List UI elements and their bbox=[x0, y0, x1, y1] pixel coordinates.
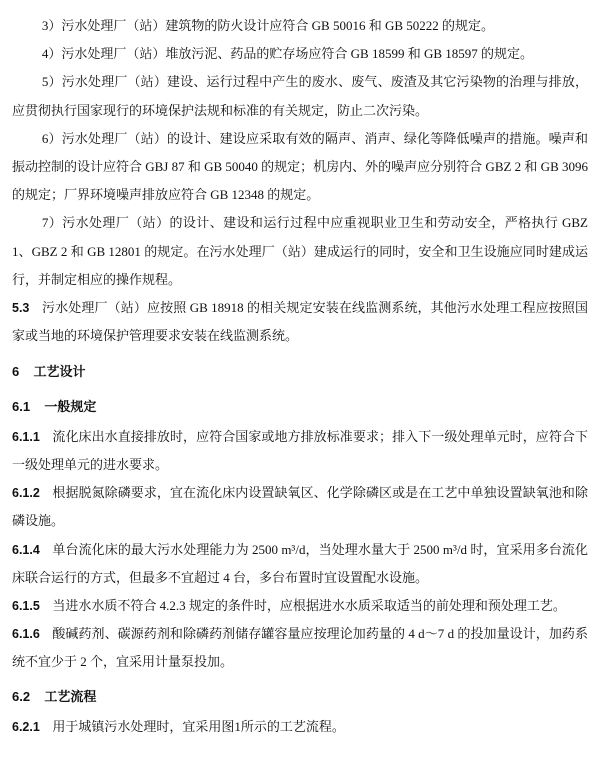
clause-number: 5.3 bbox=[12, 301, 29, 315]
section-heading-6-1: 6.1一般规定 bbox=[12, 393, 588, 421]
heading-number: 6.1 bbox=[12, 399, 30, 414]
heading-title: 工艺设计 bbox=[34, 364, 86, 379]
clause-number: 6.2.1 bbox=[12, 720, 40, 734]
document-page: 3）污水处理厂（站）建筑物的防火设计应符合 GB 50016 和 GB 5022… bbox=[0, 0, 610, 757]
list-item-5: 5）污水处理厂（站）建设、运行过程中产生的废水、废气、废渣及其它污染物的治理与排… bbox=[12, 68, 588, 124]
list-item-6: 6）污水处理厂（站）的设计、建设应采取有效的隔声、消声、绿化等降低噪声的措施。噪… bbox=[12, 125, 588, 210]
clause-number: 6.1.4 bbox=[12, 543, 40, 557]
clause-6-2-1: 6.2.1用于城镇污水处理时，宜采用图1所示的工艺流程。 bbox=[12, 713, 588, 741]
clause-number: 6.1.5 bbox=[12, 599, 40, 613]
clause-text: 酸碱药剂、碳源药剂和除磷药剂储存罐容量应按理论加药量的 4 d～7 d 的投加量… bbox=[12, 626, 588, 669]
heading-number: 6.2 bbox=[12, 689, 30, 704]
clause-text: 污水处理厂（站）应按照 GB 18918 的相关规定安装在线监测系统，其他污水处… bbox=[12, 300, 588, 343]
clause-6-1-5: 6.1.5当进水水质不符合 4.2.3 规定的条件时，应根据进水水质采取适当的前… bbox=[12, 592, 588, 620]
clause-text: 当进水水质不符合 4.2.3 规定的条件时，应根据进水水质采取适当的前处理和预处… bbox=[52, 598, 566, 613]
clause-5-3: 5.3污水处理厂（站）应按照 GB 18918 的相关规定安装在线监测系统，其他… bbox=[12, 294, 588, 350]
list-item-4: 4）污水处理厂（站）堆放污泥、药品的贮存场应符合 GB 18599 和 GB 1… bbox=[12, 40, 588, 68]
clause-text: 单台流化床的最大污水处理能力为 2500 m³/d，当处理水量大于 2500 m… bbox=[12, 542, 588, 585]
clause-6-1-1: 6.1.1流化床出水直接排放时，应符合国家或地方排放标准要求；排入下一级处理单元… bbox=[12, 423, 588, 479]
list-item-7: 7）污水处理厂（站）的设计、建设和运行过程中应重视职业卫生和劳动安全，严格执行 … bbox=[12, 209, 588, 294]
clause-6-1-2: 6.1.2根据脱氮除磷要求，宜在流化床内设置缺氧区、化学除磷区或是在工艺中单独设… bbox=[12, 479, 588, 535]
clause-number: 6.1.2 bbox=[12, 486, 40, 500]
clause-text: 用于城镇污水处理时，宜采用图1所示的工艺流程。 bbox=[52, 719, 345, 734]
heading-number: 6 bbox=[12, 364, 19, 379]
clause-text: 流化床出水直接排放时，应符合国家或地方排放标准要求；排入下一级处理单元时，应符合… bbox=[12, 429, 588, 472]
section-heading-6-2: 6.2工艺流程 bbox=[12, 683, 588, 711]
heading-title: 工艺流程 bbox=[44, 689, 96, 704]
heading-title: 一般规定 bbox=[44, 399, 96, 414]
clause-number: 6.1.1 bbox=[12, 430, 40, 444]
clause-text: 根据脱氮除磷要求，宜在流化床内设置缺氧区、化学除磷区或是在工艺中单独设置缺氧池和… bbox=[12, 485, 588, 528]
clause-number: 6.1.6 bbox=[12, 627, 40, 641]
list-item-3: 3）污水处理厂（站）建筑物的防火设计应符合 GB 50016 和 GB 5022… bbox=[12, 12, 588, 40]
clause-6-1-4: 6.1.4单台流化床的最大污水处理能力为 2500 m³/d，当处理水量大于 2… bbox=[12, 536, 588, 592]
clause-6-1-6: 6.1.6酸碱药剂、碳源药剂和除磷药剂储存罐容量应按理论加药量的 4 d～7 d… bbox=[12, 620, 588, 676]
section-heading-6: 6工艺设计 bbox=[12, 358, 588, 386]
